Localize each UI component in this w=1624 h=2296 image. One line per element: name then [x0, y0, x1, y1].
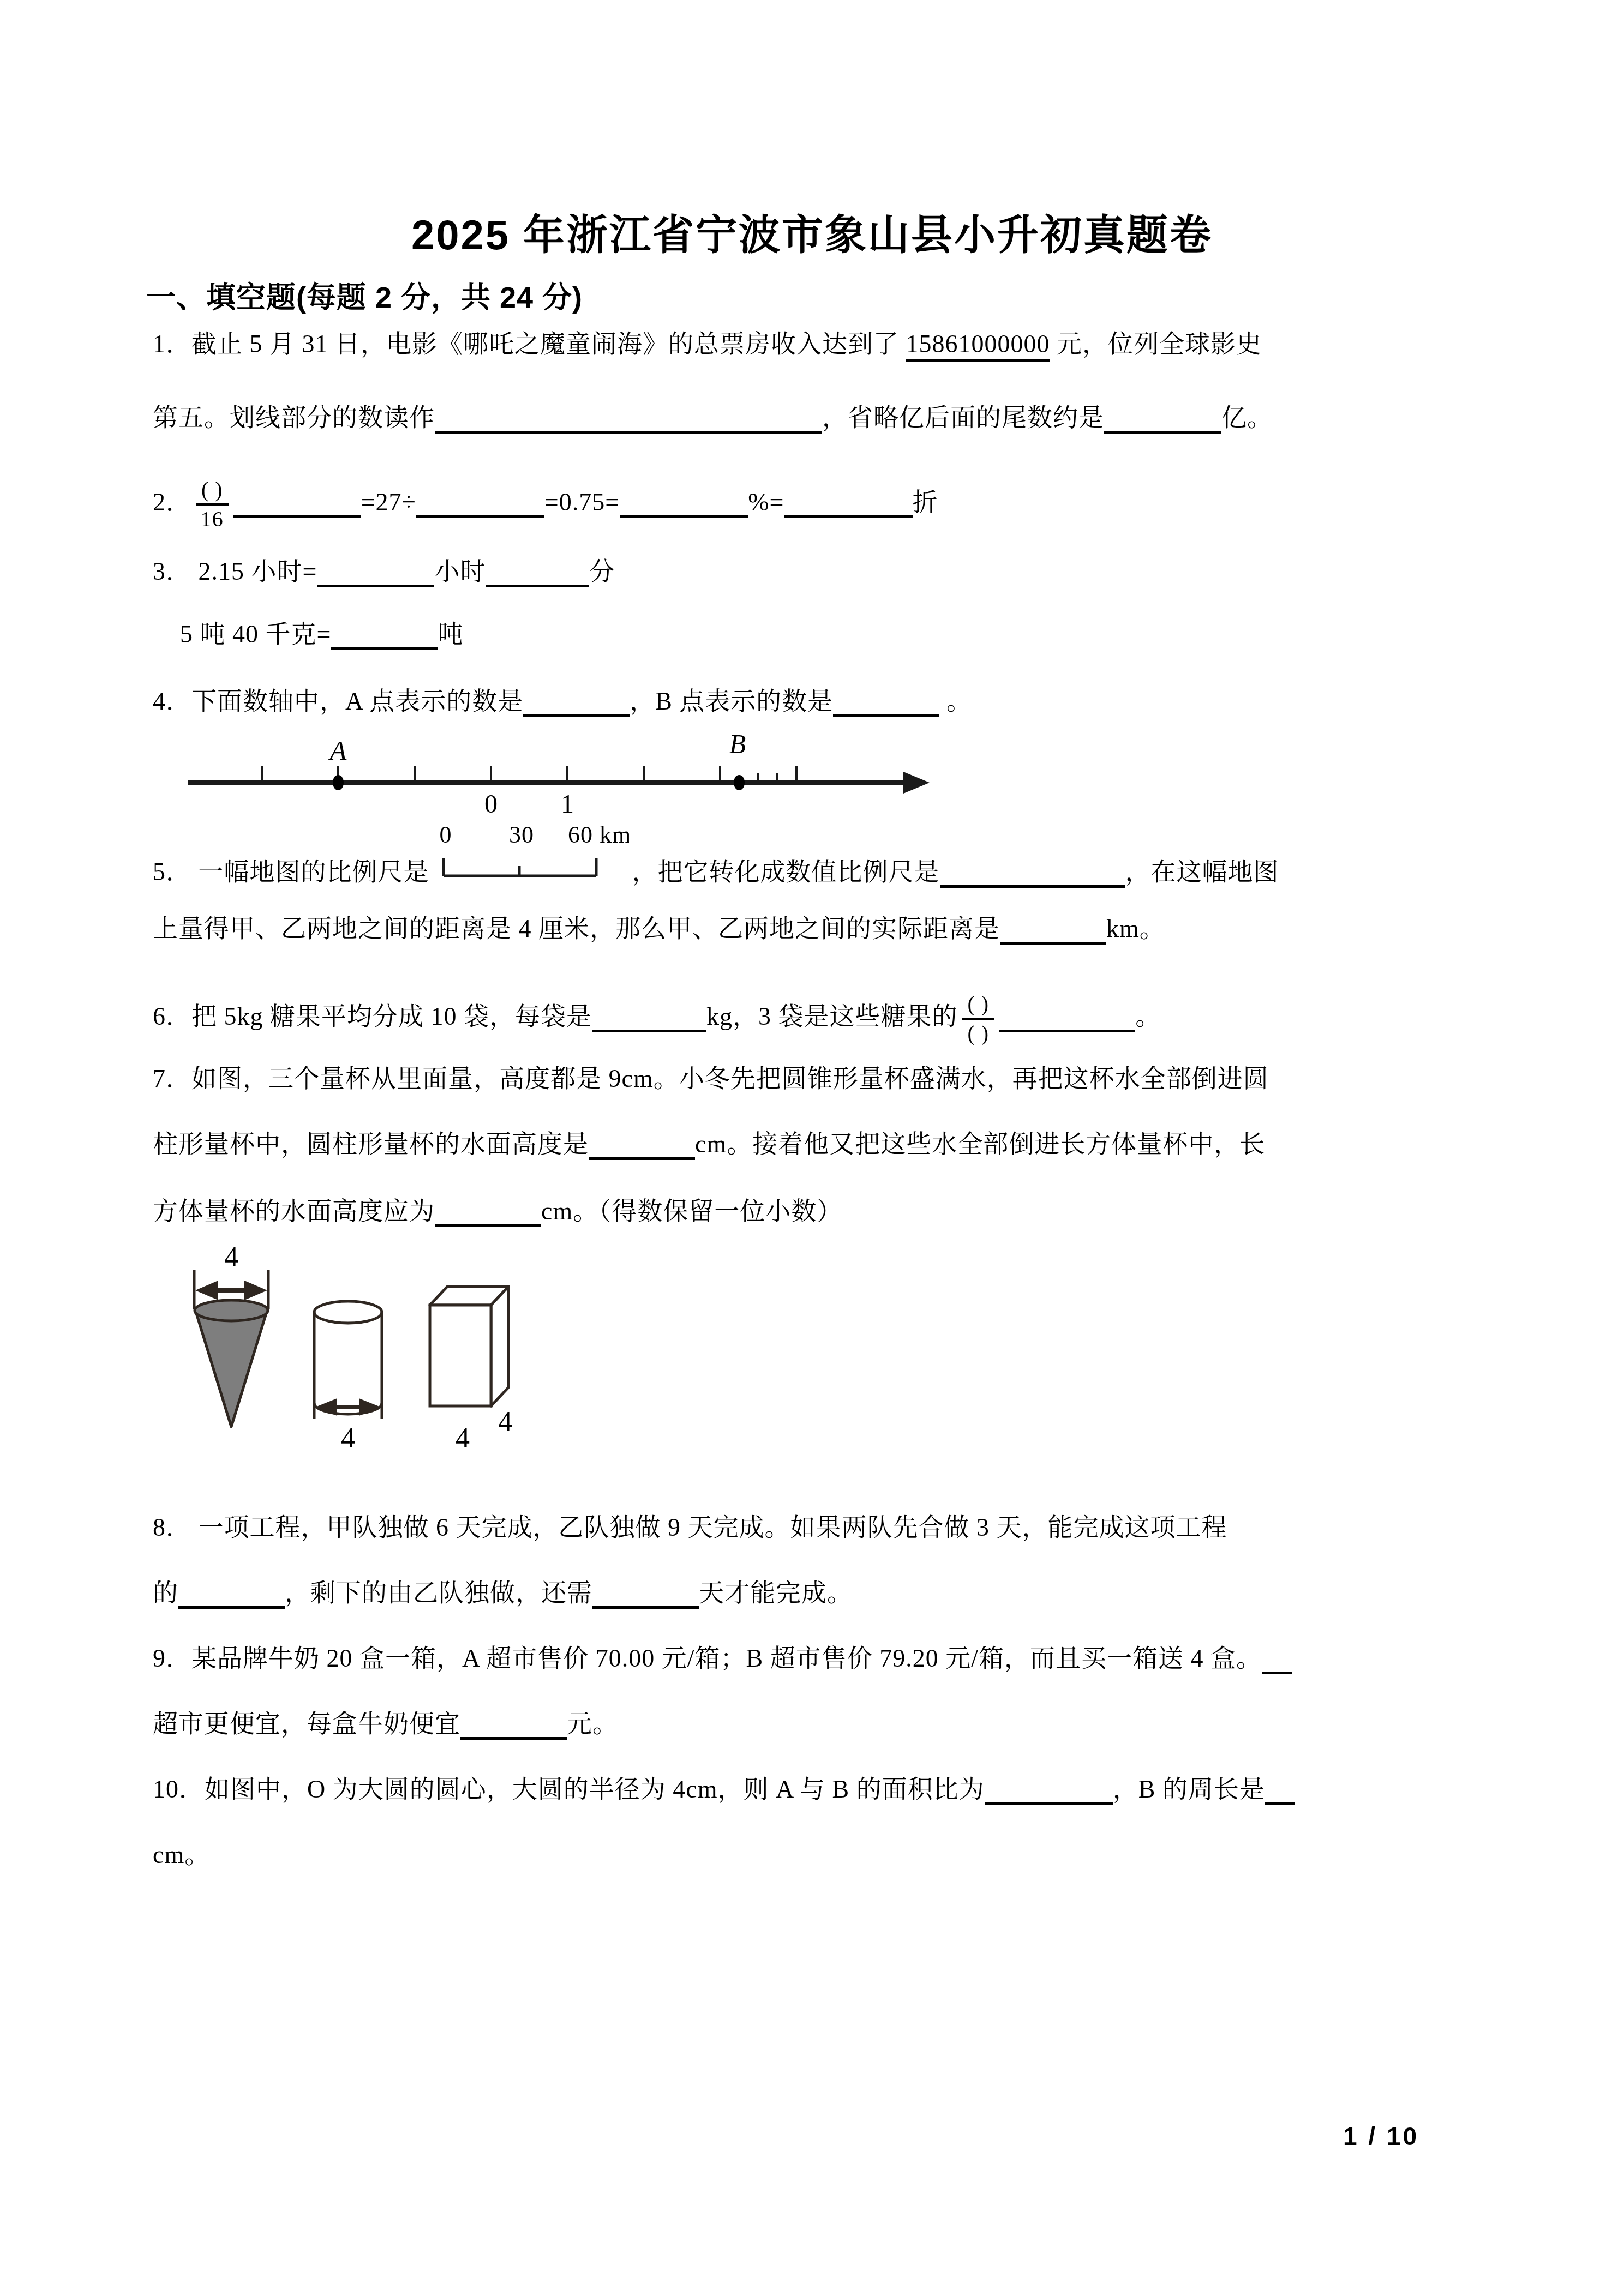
q5-text-run: km。	[1106, 915, 1165, 942]
tick-0-label: 0	[484, 790, 498, 819]
question-10-line-2: cm。	[153, 1837, 210, 1873]
question-7-line-3: 方体量杯的水面高度应为cm。（得数保留一位小数）	[153, 1193, 842, 1229]
page-number: 1 / 10	[1343, 2121, 1419, 2151]
scale-bar-bracket	[444, 858, 596, 876]
answer-blank	[999, 1008, 1135, 1032]
answer-blank	[435, 409, 822, 434]
fraction-blank-over-16: ( )16	[196, 477, 229, 532]
cone-diameter-label: 4	[224, 1242, 238, 1273]
q2-text-run: =27÷	[361, 488, 416, 516]
question-8-line-1: 8． 一项工程，甲队独做 6 天完成，乙队独做 9 天完成。如果两队先合做 3 …	[153, 1510, 1227, 1546]
question-7-line-2: 柱形量杯中，圆柱形量杯的水面高度是cm。接着他又把这些水全部倒进长方体量杯中，长	[153, 1126, 1265, 1162]
question-6-line: 6．把 5kg 糖果平均分成 10 袋，每袋是kg，3 袋是这些糖果的( )( …	[153, 991, 1161, 1027]
answer-blank	[331, 626, 438, 650]
q3-text-run: 吨	[438, 620, 463, 648]
q4-text-run: ，B 点表示的数是	[630, 687, 833, 715]
q7-text-run: 方体量杯的水面高度应为	[153, 1197, 435, 1225]
answer-blank	[317, 563, 434, 587]
answer-blank	[1000, 920, 1106, 945]
measuring-cups-figure: 4 4 4 4	[164, 1238, 524, 1451]
question-1-line-2: 第五。划线部分的数读作，省略亿后面的尾数约是亿。	[153, 400, 1273, 436]
answer-blank	[1262, 1650, 1292, 1674]
q7-text-run: cm。（得数保留一位小数）	[541, 1197, 842, 1225]
page-title: 2025 年浙江省宁波市象山县小升初真题卷	[0, 202, 1624, 261]
scale-30-label: 30	[509, 821, 534, 848]
point-a-dot	[333, 775, 344, 790]
point-b-dot	[734, 775, 745, 790]
q1-text-run: 1．截止 5 月 31 日，电影《哪吒之魔童闹海》的总票房收入达到了	[153, 330, 906, 358]
cone-figure: 4	[194, 1242, 268, 1427]
q1-text-run: 元，位列全球影史	[1050, 330, 1262, 358]
answer-blank	[1265, 1781, 1295, 1805]
number-line-figure: A B 0 1	[185, 728, 933, 821]
answer-blank	[178, 1584, 285, 1609]
diameter-arrow-icon	[195, 1281, 267, 1300]
q1-text-run: ，省略亿后面的尾数约是	[822, 404, 1104, 431]
answer-blank	[1104, 409, 1221, 434]
answer-blank	[592, 1584, 699, 1609]
point-a-label: A	[328, 735, 347, 766]
answer-blank	[486, 563, 589, 587]
q3-text-run: 3． 2.15 小时=	[153, 557, 317, 585]
section-heading: 一、填空题(每题 2 分，共 24 分)	[146, 274, 583, 316]
q4-text-run: 。	[939, 687, 972, 715]
answer-blank	[940, 863, 1125, 888]
q8-text-run: ，剩下的由乙队独做，还需	[285, 1579, 592, 1607]
q6-text-run: 6．把 5kg 糖果平均分成 10 袋，每袋是	[153, 1002, 592, 1030]
question-9-line-2: 超市更便宜，每盒牛奶便宜元。	[153, 1706, 618, 1742]
q8-text-run: 天才能完成。	[699, 1579, 853, 1607]
q5-text-run: 5． 一幅地图的比例尺是	[153, 858, 429, 886]
answer-blank	[435, 1203, 541, 1227]
q9-text-run: 超市更便宜，每盒牛奶便宜	[153, 1710, 460, 1738]
q9-text-run: 元。	[567, 1710, 618, 1738]
q10-text-run: ，B 的周长是	[1113, 1775, 1265, 1803]
scale-0-label: 0	[439, 821, 452, 848]
question-3-line-1: 3． 2.15 小时=小时分	[153, 554, 615, 590]
q2-text-run: =0.75=	[544, 488, 620, 516]
answer-blank	[416, 494, 544, 518]
answer-blank	[592, 1008, 706, 1032]
cylinder-figure: 4	[314, 1301, 382, 1451]
q2-text-run: %=	[748, 488, 784, 516]
question-4-line: 4．下面数轴中，A 点表示的数是，B 点表示的数是 。	[153, 683, 972, 719]
q7-text-run: 柱形量杯中，圆柱形量杯的水面高度是	[153, 1130, 589, 1158]
q5-text-run: ，把它转化成数值比例尺是	[632, 858, 940, 886]
prism-depth-label: 4	[498, 1407, 512, 1438]
answer-blank	[523, 693, 630, 717]
q2-number: 2．	[153, 488, 191, 516]
question-2-line: 2．( )16=27÷=0.75=%=折	[153, 477, 938, 513]
q8-text-run: 的	[153, 1579, 178, 1607]
fraction-denominator: 16	[196, 506, 229, 532]
q1-text-run: 亿。	[1221, 404, 1273, 431]
tick-1-label: 1	[561, 790, 574, 819]
answer-blank	[233, 494, 361, 518]
answer-blank	[784, 494, 913, 518]
point-b-label: B	[729, 729, 746, 759]
q3-text-run: 小时	[434, 557, 486, 585]
q4-text-run: 4．下面数轴中，A 点表示的数是	[153, 687, 523, 715]
q10-text-run: cm。	[153, 1841, 210, 1868]
question-1-line-1: 1．截止 5 月 31 日，电影《哪吒之魔童闹海》的总票房收入达到了 15861…	[153, 326, 1262, 362]
question-10-line-1: 10．如图中，O 为大圆的圆心，大圆的半径为 4cm，则 A 与 B 的面积比为…	[153, 1771, 1295, 1807]
q7-text-run: cm。接着他又把这些水全部倒进长方体量杯中，长	[695, 1130, 1265, 1158]
answer-blank	[985, 1781, 1113, 1805]
map-scale-bar-figure: 03060 km	[433, 819, 629, 884]
scale-60km-label: 60 km	[568, 821, 629, 848]
fraction-blank-over-blank: ( )( )	[962, 991, 995, 1046]
q6-text-run: 。	[1135, 1002, 1161, 1030]
answer-blank	[589, 1135, 695, 1160]
q9-text-run: 9．某品牌牛奶 20 盒一箱，A 超市售价 70.00 元/箱；B 超市售价 7…	[153, 1644, 1262, 1672]
q3-text-run: 5 吨 40 千克=	[180, 620, 331, 648]
q8-text-run: 8． 一项工程，甲队独做 6 天完成，乙队独做 9 天完成。如果两队先合做 3 …	[153, 1513, 1227, 1541]
q2-text-run: 折	[913, 488, 938, 516]
question-8-line-2: 的，剩下的由乙队独做，还需天才能完成。	[153, 1575, 853, 1611]
cylinder-diameter-label: 4	[341, 1423, 355, 1451]
question-5-line-1: 5． 一幅地图的比例尺是03060 km，把它转化成数值比例尺是，在这幅地图	[153, 842, 1279, 877]
exam-page: 2025 年浙江省宁波市象山县小升初真题卷 一、填空题(每题 2 分，共 24 …	[0, 0, 1624, 2296]
q5-text-run: 上量得甲、乙两地之间的距离是 4 厘米，那么甲、乙两地之间的实际距离是	[153, 915, 1000, 942]
fraction-numerator: ( )	[196, 477, 229, 506]
q6-text-run: kg，3 袋是这些糖果的	[706, 1002, 958, 1030]
answer-blank	[620, 494, 748, 518]
prism-width-label: 4	[456, 1423, 470, 1451]
rectangular-prism-figure: 4 4	[430, 1287, 512, 1451]
answer-blank	[460, 1715, 567, 1740]
question-9-line-1: 9．某品牌牛奶 20 盒一箱，A 超市售价 70.00 元/箱；B 超市售价 7…	[153, 1640, 1292, 1676]
arrow-right-icon	[903, 772, 930, 794]
fraction-denominator: ( )	[962, 1020, 995, 1046]
question-3-line-2: 5 吨 40 千克=吨	[180, 616, 463, 652]
question-5-line-2: 上量得甲、乙两地之间的距离是 4 厘米，那么甲、乙两地之间的实际距离是km。	[153, 911, 1165, 947]
q1-underlined-number: 15861000000	[906, 330, 1050, 362]
q5-text-run: ，在这幅地图	[1125, 858, 1279, 886]
q10-text-run: 10．如图中，O 为大圆的圆心，大圆的半径为 4cm，则 A 与 B 的面积比为	[153, 1775, 985, 1803]
q3-text-run: 分	[589, 557, 615, 585]
q1-text-run: 第五。划线部分的数读作	[153, 404, 435, 431]
answer-blank	[833, 693, 939, 717]
question-7-line-1: 7．如图，三个量杯从里面量，高度都是 9cm。小冬先把圆锥形量杯盛满水，再把这杯…	[153, 1061, 1269, 1097]
q7-text-run: 7．如图，三个量杯从里面量，高度都是 9cm。小冬先把圆锥形量杯盛满水，再把这杯…	[153, 1065, 1269, 1092]
fraction-numerator: ( )	[962, 991, 995, 1020]
